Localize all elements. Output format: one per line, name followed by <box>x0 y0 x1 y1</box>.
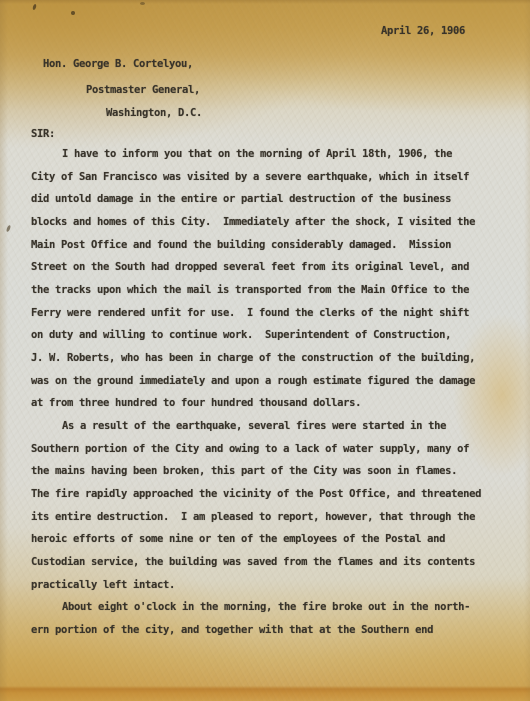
letter-page: April 26, 1906 Hon. George B. Cortelyou,… <box>0 0 530 701</box>
recipient-title: Postmaster General, <box>86 84 200 97</box>
paper-speck <box>32 4 37 11</box>
body-line: ern portion of the city, and together wi… <box>31 619 503 642</box>
paper-speck <box>71 11 75 15</box>
letter-date: April 26, 1906 <box>381 25 465 38</box>
body-line: was on the ground immediately and upon a… <box>31 370 503 393</box>
body-line: Street on the South had dropped several … <box>31 256 503 279</box>
letter-body: I have to inform you that on the morning… <box>31 143 503 642</box>
body-line: As a result of the earthquake, several f… <box>31 415 503 438</box>
body-line: Main Post Office and found the building … <box>31 234 503 257</box>
body-line: blocks and homes of this City. Immediate… <box>31 211 503 234</box>
body-line: About eight o'clock in the morning, the … <box>31 596 503 619</box>
body-line: heroic efforts of some nine or ten of th… <box>31 528 503 551</box>
body-line: on duty and willing to continue work. Su… <box>31 324 503 347</box>
body-line: its entire destruction. I am pleased to … <box>31 506 503 529</box>
body-line: Ferry were rendered unfit for use. I fou… <box>31 302 503 325</box>
body-line: practically left intact. <box>31 574 503 597</box>
body-line: at from three hundred to four hundred th… <box>31 392 503 415</box>
salutation: SIR: <box>31 128 55 141</box>
body-line: the tracks upon which the mail is transp… <box>31 279 503 302</box>
body-line: I have to inform you that on the morning… <box>31 143 503 166</box>
body-line: J. W. Roberts, who has been in charge of… <box>31 347 503 370</box>
paper-speck <box>140 2 145 5</box>
body-line: Southern portion of the City and owing t… <box>31 438 503 461</box>
recipient-city: Washington, D.C. <box>106 107 202 120</box>
body-line: City of San Francisco was visited by a s… <box>31 166 503 189</box>
body-line: did untold damage in the entire or parti… <box>31 188 503 211</box>
body-line: The fire rapidly approached the vicinity… <box>31 483 503 506</box>
body-line: the mains having been broken, this part … <box>31 460 503 483</box>
recipient-name: Hon. George B. Cortelyou, <box>43 58 193 71</box>
body-line: Custodian service, the building was save… <box>31 551 503 574</box>
paper-speck <box>6 225 12 233</box>
